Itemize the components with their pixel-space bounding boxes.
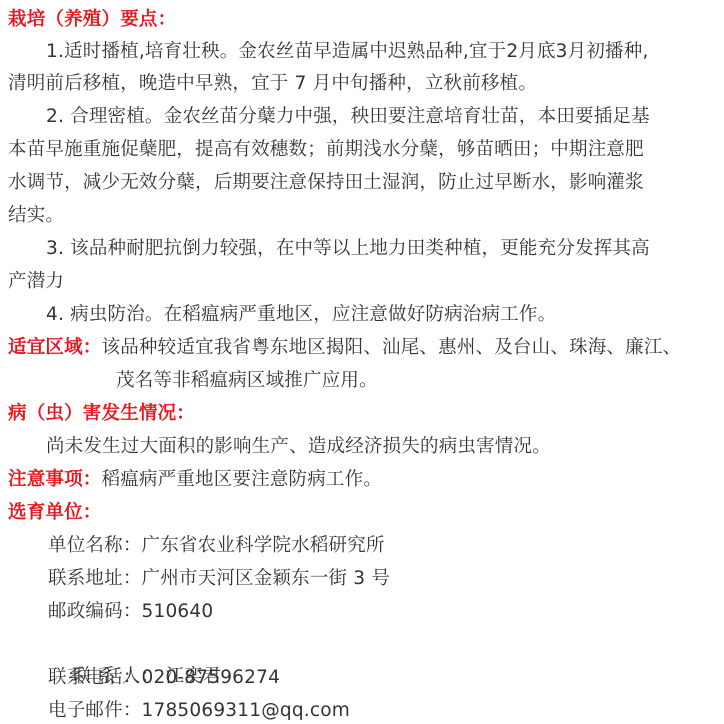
field-value: 广东省农业科学院水稻研究所 xyxy=(142,535,385,556)
notes-heading: 注意事项： xyxy=(8,469,102,490)
cultivation-item-3-line-2: 产潜力 xyxy=(8,266,64,298)
pests-heading: 病（虫）害发生情况： xyxy=(8,398,195,430)
field-label: 电子邮件 xyxy=(48,700,123,721)
field-separator: ： xyxy=(123,535,142,556)
notes-text: 稻瘟病严重地区要注意防病工作。 xyxy=(102,469,383,490)
region-text-line-1: 该品种较适宜我省粤东地区揭阳、汕尾、惠州、及台山、珠海、廉江、 xyxy=(102,337,682,358)
breeder-field-unit-name: 单位名称：广东省农业科学院水稻研究所 xyxy=(48,530,385,562)
cultivation-item-2-line-3: 水调节，减少无效分蘖，后期要注意保持田土湿润，防止过早断水，影响灌浆 xyxy=(8,167,644,199)
field-value: 广州市天河区金颖东一街 3 号 xyxy=(142,568,391,589)
breeder-field-contact-person: 联 系 人： 江奕君 xyxy=(48,629,221,661)
region-heading: 适宜区域： xyxy=(8,337,102,358)
notes-row: 注意事项：稻瘟病严重地区要注意防病工作。 xyxy=(8,464,382,496)
breeder-heading: 选育单位： xyxy=(8,497,102,529)
cultivation-item-1-line-2: 清明前后移植，晚造中早熟，宜于 7 月中旬播种，立秋前移植。 xyxy=(8,68,537,100)
field-separator: ： xyxy=(123,700,142,721)
field-label: 邮政编码 xyxy=(48,601,123,622)
cultivation-item-4-line-1: 4. 病虫防治。在稻瘟病严重地区，应注意做好防病治病工作。 xyxy=(46,299,556,331)
region-text-line-2: 茂名等非稻瘟病区域推广应用。 xyxy=(116,365,378,397)
breeder-field-phone: 联系电话：020-87596274 xyxy=(48,662,280,694)
field-separator: ： xyxy=(123,667,142,688)
cultivation-item-3-line-1: 3. 该品种耐肥抗倒力较强，在中等以上地力田类种植，更能充分发挥其高 xyxy=(46,233,650,265)
cultivation-heading: 栽培（养殖）要点： xyxy=(8,4,176,36)
breeder-field-address: 联系地址：广州市天河区金颖东一街 3 号 xyxy=(48,563,390,595)
field-label: 联系电话 xyxy=(48,667,123,688)
field-value[interactable]: 1785069311@qq.com xyxy=(142,700,350,721)
field-label: 联系地址 xyxy=(48,568,123,589)
cultivation-item-2-line-2: 本苗早施重施促蘖肥，提高有效穗数；前期浅水分蘖，够苗晒田；中期注意肥 xyxy=(8,134,644,166)
field-label: 单位名称 xyxy=(48,535,123,556)
field-separator: ： xyxy=(123,601,142,622)
field-value: 510640 xyxy=(142,601,214,622)
cultivation-item-2-line-4: 结实。 xyxy=(8,200,64,232)
field-value: 020-87596274 xyxy=(142,667,281,688)
region-row: 适宜区域：该品种较适宜我省粤东地区揭阳、汕尾、惠州、及台山、珠海、廉江、 xyxy=(8,332,681,364)
pests-text: 尚未发生过大面积的影响生产、造成经济损失的病虫害情况。 xyxy=(46,431,551,463)
field-separator: ： xyxy=(123,568,142,589)
cultivation-item-1-line-1: 1.适时播植,培育壮秧。金农丝苗早造属中迟熟品种,宜于2月底3月初播种, xyxy=(46,36,649,68)
breeder-field-postcode: 邮政编码：510640 xyxy=(48,596,213,628)
breeder-field-email: 电子邮件：1785069311@qq.com xyxy=(48,695,350,724)
cultivation-item-2-line-1: 2. 合理密植。金农丝苗分蘖力中强，秧田要注意培育壮苗，本田要插足基 xyxy=(46,101,650,133)
